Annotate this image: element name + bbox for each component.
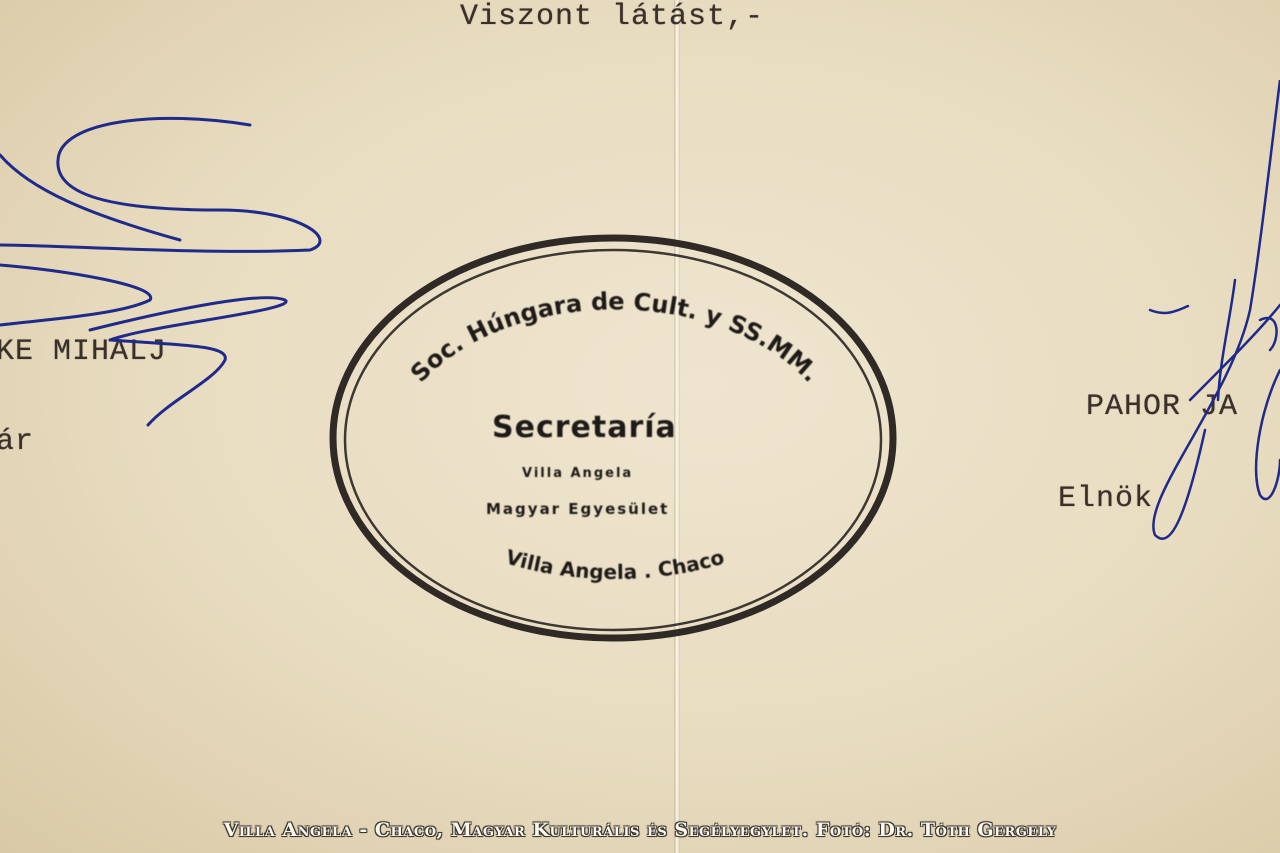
svg-text:Soc. Húngara de Cult. y SS.MM.: Soc. Húngara de Cult. y SS.MM. bbox=[405, 287, 825, 387]
left-signature bbox=[0, 100, 340, 430]
stamp-line-magyar-egyesulet: Magyar Egyesület bbox=[486, 500, 669, 518]
stamp-line-villa-angela: Villa Angela bbox=[522, 466, 633, 481]
stamp-center-title: Secretaría bbox=[492, 410, 677, 445]
closing-line: Viszont látást,- bbox=[460, 0, 764, 34]
right-signature bbox=[1110, 80, 1280, 550]
stamp-top-arc: Soc. Húngara de Cult. y SS.MM. bbox=[405, 287, 825, 387]
photo-caption: Villa Angela - Chaco, Magyar Kulturális … bbox=[0, 819, 1280, 849]
left-signatory-title: ár bbox=[0, 425, 34, 459]
svg-text:Villa Angela . Chaco: Villa Angela . Chaco bbox=[503, 545, 727, 584]
document-photo: Viszont látást,- KE MIHALJ ár PAHOR JA E… bbox=[0, 0, 1280, 853]
stamp-bottom-arc: Villa Angela . Chaco bbox=[503, 545, 727, 584]
